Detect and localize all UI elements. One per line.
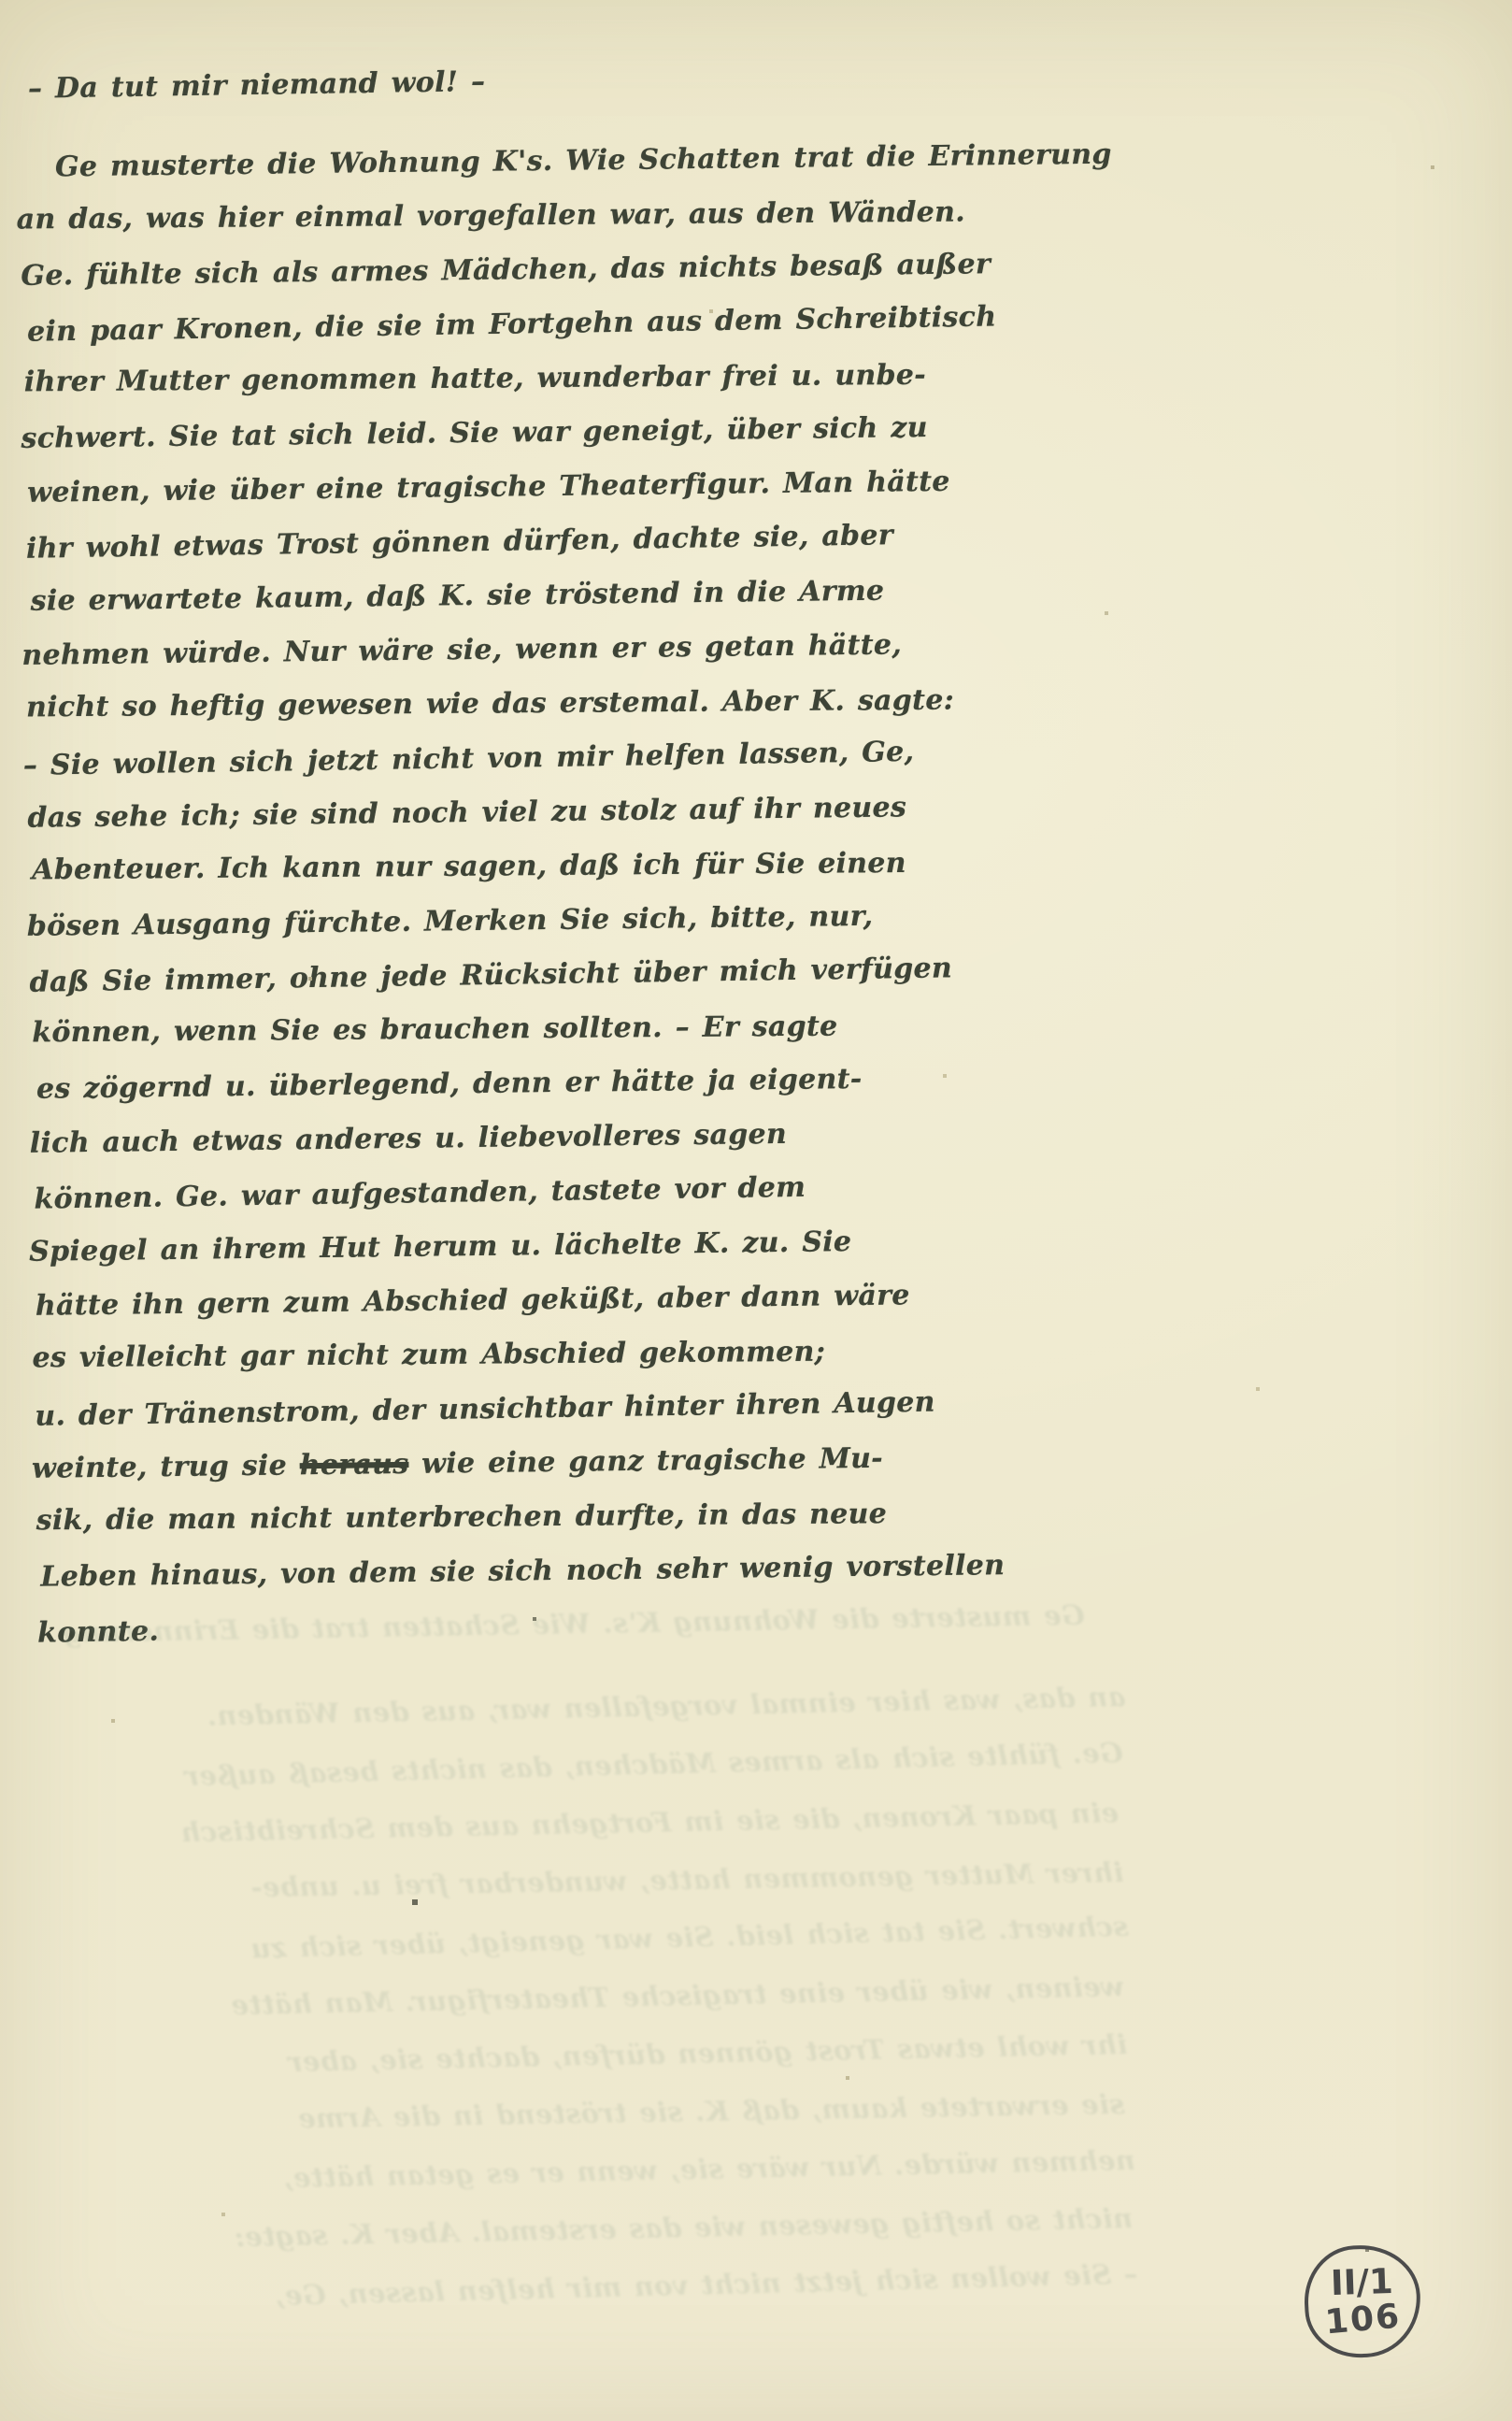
handwriting-line: sie erwartete kaum, daß K. sie tröstend … — [143, 2075, 1125, 2150]
handwriting-line: – Da tut mir niemand wol! – — [28, 46, 1063, 116]
paper-specks — [0, 0, 2, 2]
verso-showthrough: Ge musterte die Wohnung K's. Wie Schatte… — [133, 1583, 1138, 2326]
manuscript-page: – Da tut mir niemand wol! –Ge musterte d… — [0, 0, 1512, 2421]
handwriting-line: Ge. fühlte sich als armes Mädchen, das n… — [136, 1724, 1123, 1807]
handwriting-line: ein paar Kronen, die sie im Fortgehn aus… — [137, 1784, 1120, 1862]
handwriting-line: schwert. Sie tat sich leid. Sie war gene… — [139, 1898, 1129, 1981]
handwriting-line: weinen, wie über eine tragische Theaterf… — [140, 1957, 1124, 2036]
handwriting-line: sik, die man nicht unterbrechen durfte, … — [36, 1486, 1078, 1549]
handwriting-line: Ge musterte die Wohnung K's. Wie Schatte… — [55, 128, 1063, 194]
archive-stamp: II/1 106 — [1302, 2242, 1423, 2360]
archive-stamp-page-number: 106 — [1324, 2299, 1403, 2342]
handwriting-line: ihrer Mutter genommen hatte, wunderbar f… — [138, 1843, 1124, 1918]
handwriting-line: an das, was hier einmal vorgefallen war,… — [135, 1668, 1126, 1746]
handwriting-line: ihrer Mutter genommen hatte, wunderbar f… — [24, 348, 1065, 410]
archive-stamp-series: II/1 — [1330, 2263, 1393, 2302]
handwriting-line: Abenteuer. Ich kann nur sagen, daß ich f… — [32, 836, 1071, 898]
handwriting-line: nehmen würde. Nur wäre sie, wenn er es g… — [144, 2131, 1135, 2210]
handwriting-line: können, wenn Sie es brauchen sollten. – … — [32, 998, 1073, 1061]
manuscript-text: – Da tut mir niemand wol! –Ge musterte d… — [15, 48, 1081, 1659]
handwriting-line: – Sie wollen sich jetzt nicht von mir he… — [147, 2245, 1138, 2328]
handwriting-line: nicht so heftig gewesen wie das erstemal… — [146, 2189, 1134, 2268]
handwriting-line: an das, was hier einmal vorgefallen war,… — [16, 185, 1063, 248]
handwriting-line: ihr wohl etwas Trost gönnen dürfen, dach… — [142, 2015, 1128, 2094]
